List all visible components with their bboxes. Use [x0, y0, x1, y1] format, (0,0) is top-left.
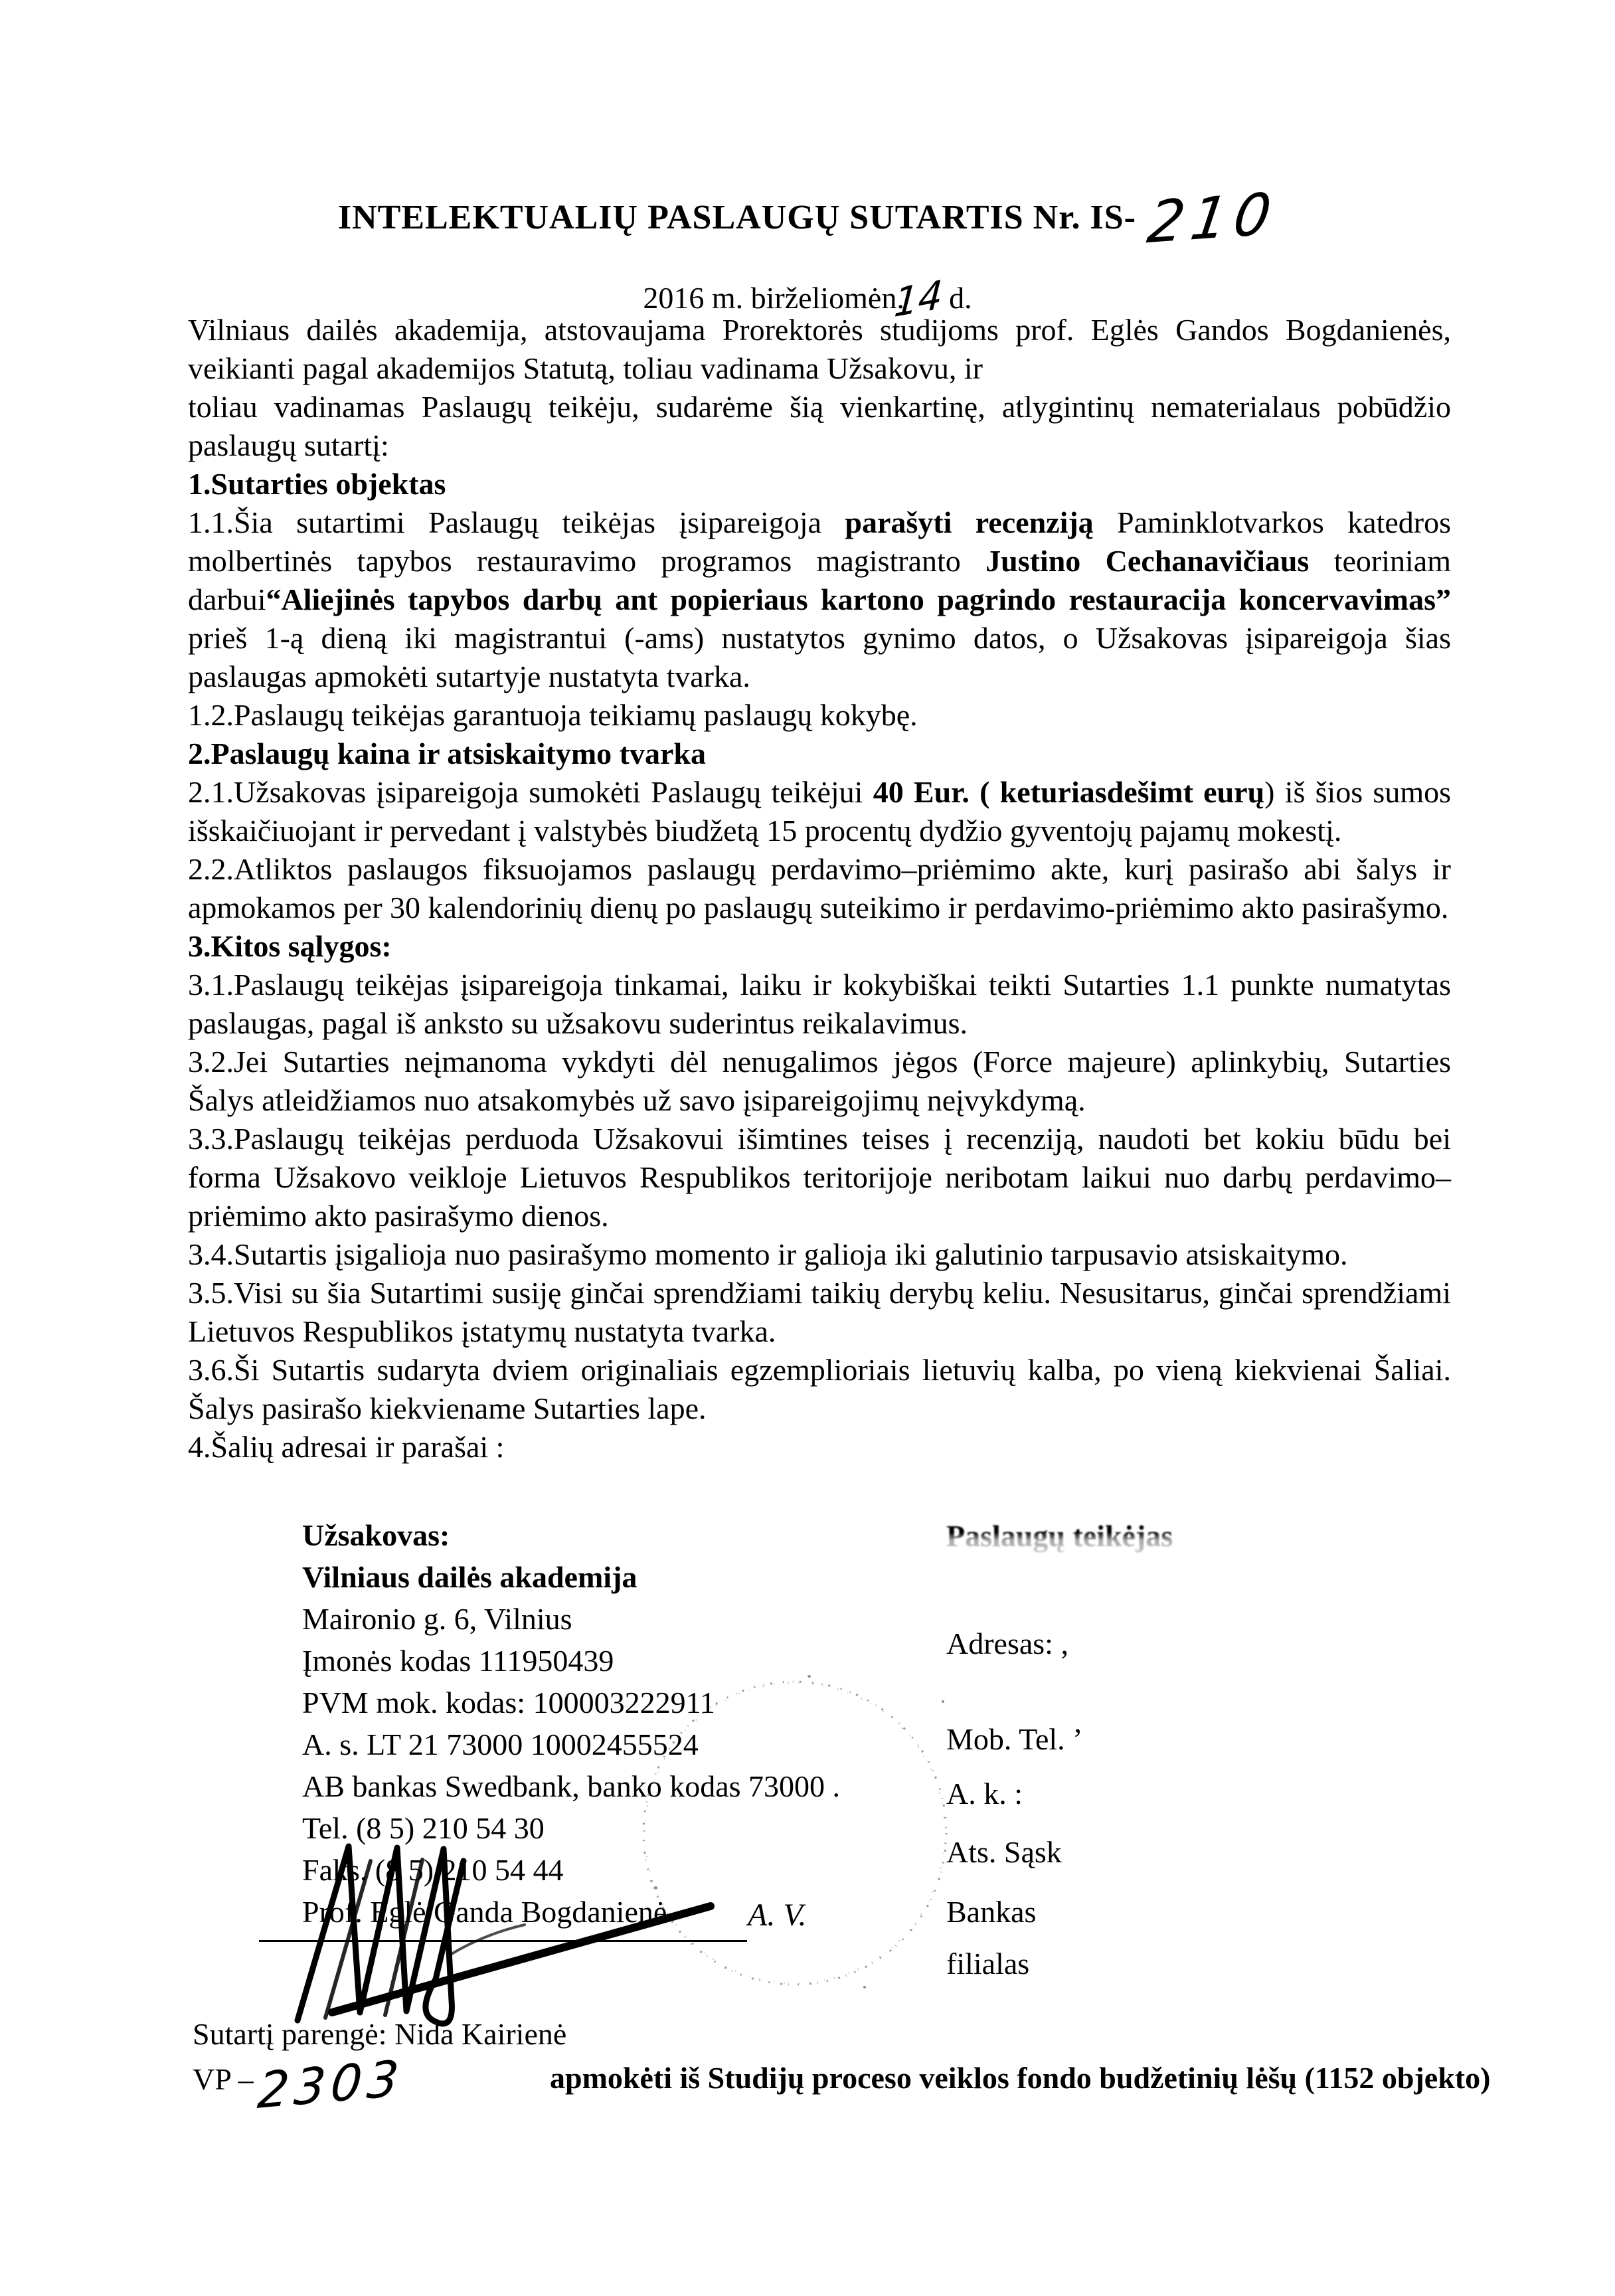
paragraph: 1.1.Šia sutartimi Paslaugų teikėjas įsip… [188, 503, 1451, 696]
funding-note: apmokėti iš Studijų proceso veiklos fond… [550, 2060, 1490, 2095]
party-right-line: Adresas: , [946, 1626, 1068, 1661]
party-left-line: A. s. LT 21 73000 10002455524 [302, 1723, 840, 1765]
handwritten-contract-number: 210 [1146, 201, 1278, 236]
paragraph: 3.6.Ši Sutartis sudaryta dviem originali… [188, 1351, 1451, 1428]
party-right-line: A. k. : [946, 1776, 1023, 1811]
party-left-line: AB bankas Swedbank, banko kodas 73000 . [302, 1765, 840, 1807]
paragraph: 2.Paslaugų kaina ir atsiskaitymo tvarka [188, 735, 1451, 773]
party-left-line: Faks. (8 5) 210 54 44 [302, 1849, 840, 1891]
party-left: Užsakovas:Vilniaus dailės akademijaMairo… [302, 1514, 840, 1933]
party-left-line: Vilniaus dailės akademija [302, 1556, 840, 1598]
handwritten-vp-number: 2303 [257, 2072, 404, 2097]
paragraph: 2.1.Užsakovas įsipareigoja sumokėti Pasl… [188, 773, 1451, 850]
party-right-line: Ats. Sąsk [946, 1834, 1062, 1870]
paragraph: 2.2.Atliktos paslaugos fiksuojamos pasla… [188, 850, 1451, 927]
paragraph: 1.Sutarties objektas [188, 465, 1451, 503]
scan-speckle [942, 1700, 944, 1703]
paragraph: 3.1.Paslaugų teikėjas įsipareigoja tinka… [188, 966, 1451, 1043]
paragraph: 3.Kitos sąlygos: [188, 927, 1451, 966]
scan-speckle [863, 1986, 866, 1988]
paragraph: 4.Šalių adresai ir parašai : [188, 1428, 1451, 1466]
paragraph: toliau vadinamas Paslaugų teikėju, sudar… [188, 388, 1451, 465]
party-right-line: Bankas [946, 1894, 1036, 1929]
prepared-by-line: Sutartį parengė: Nida Kairienė [193, 2016, 566, 2052]
signature-line [259, 1940, 747, 1942]
contract-body: Vilniaus dailės akademija, atstovaujama … [188, 311, 1451, 1466]
party-left-line: Užsakovas: [302, 1514, 840, 1556]
paragraph: 3.3.Paslaugų teikėjas perduoda Užsakovui… [188, 1120, 1451, 1235]
party-left-line: PVM mok. kodas: 100003222911 [302, 1682, 840, 1723]
document-title-text: INTELEKTUALIŲ PASLAUGŲ SUTARTIS Nr. IS- [338, 199, 1136, 236]
paragraph: 3.5.Visi su šia Sutartimi susiję ginčai … [188, 1274, 1451, 1351]
paragraph: 3.2.Jei Sutarties neįmanoma vykdyti dėl … [188, 1043, 1451, 1120]
party-right-line: Paslaugų teikėjas [946, 1518, 1173, 1553]
scan-speckle [807, 1675, 811, 1678]
handwritten-day: 14 [894, 288, 943, 309]
seal-place-note: A. V. [748, 1897, 806, 1933]
vp-number-line: VP –2303 [193, 2062, 404, 2097]
document-title: INTELEKTUALIŲ PASLAUGŲ SUTARTIS Nr. IS-2… [0, 198, 1615, 237]
party-right-line: filialas [946, 1946, 1029, 1981]
scan-speckle [654, 1886, 657, 1890]
party-right-line: Mob. Tel. ʼ [946, 1722, 1082, 1757]
party-left-line: Maironio g. 6, Vilnius [302, 1598, 840, 1640]
paragraph: 3.4.Sutartis įsigalioja nuo pasirašymo m… [188, 1235, 1451, 1274]
scanned-contract-page: INTELEKTUALIŲ PASLAUGŲ SUTARTIS Nr. IS-2… [0, 0, 1615, 2296]
date-suffix: d. [942, 281, 972, 315]
paragraph: 1.2.Paslaugų teikėjas garantuoja teikiam… [188, 696, 1451, 735]
paragraph: Vilniaus dailės akademija, atstovaujama … [188, 311, 1451, 388]
date-prefix: 2016 m. birželiomėn. [643, 281, 904, 315]
party-left-line: Įmonės kodas 111950439 [302, 1640, 840, 1682]
vp-prefix: VP – [193, 2062, 254, 2096]
party-left-line: Tel. (8 5) 210 54 30 [302, 1807, 840, 1849]
